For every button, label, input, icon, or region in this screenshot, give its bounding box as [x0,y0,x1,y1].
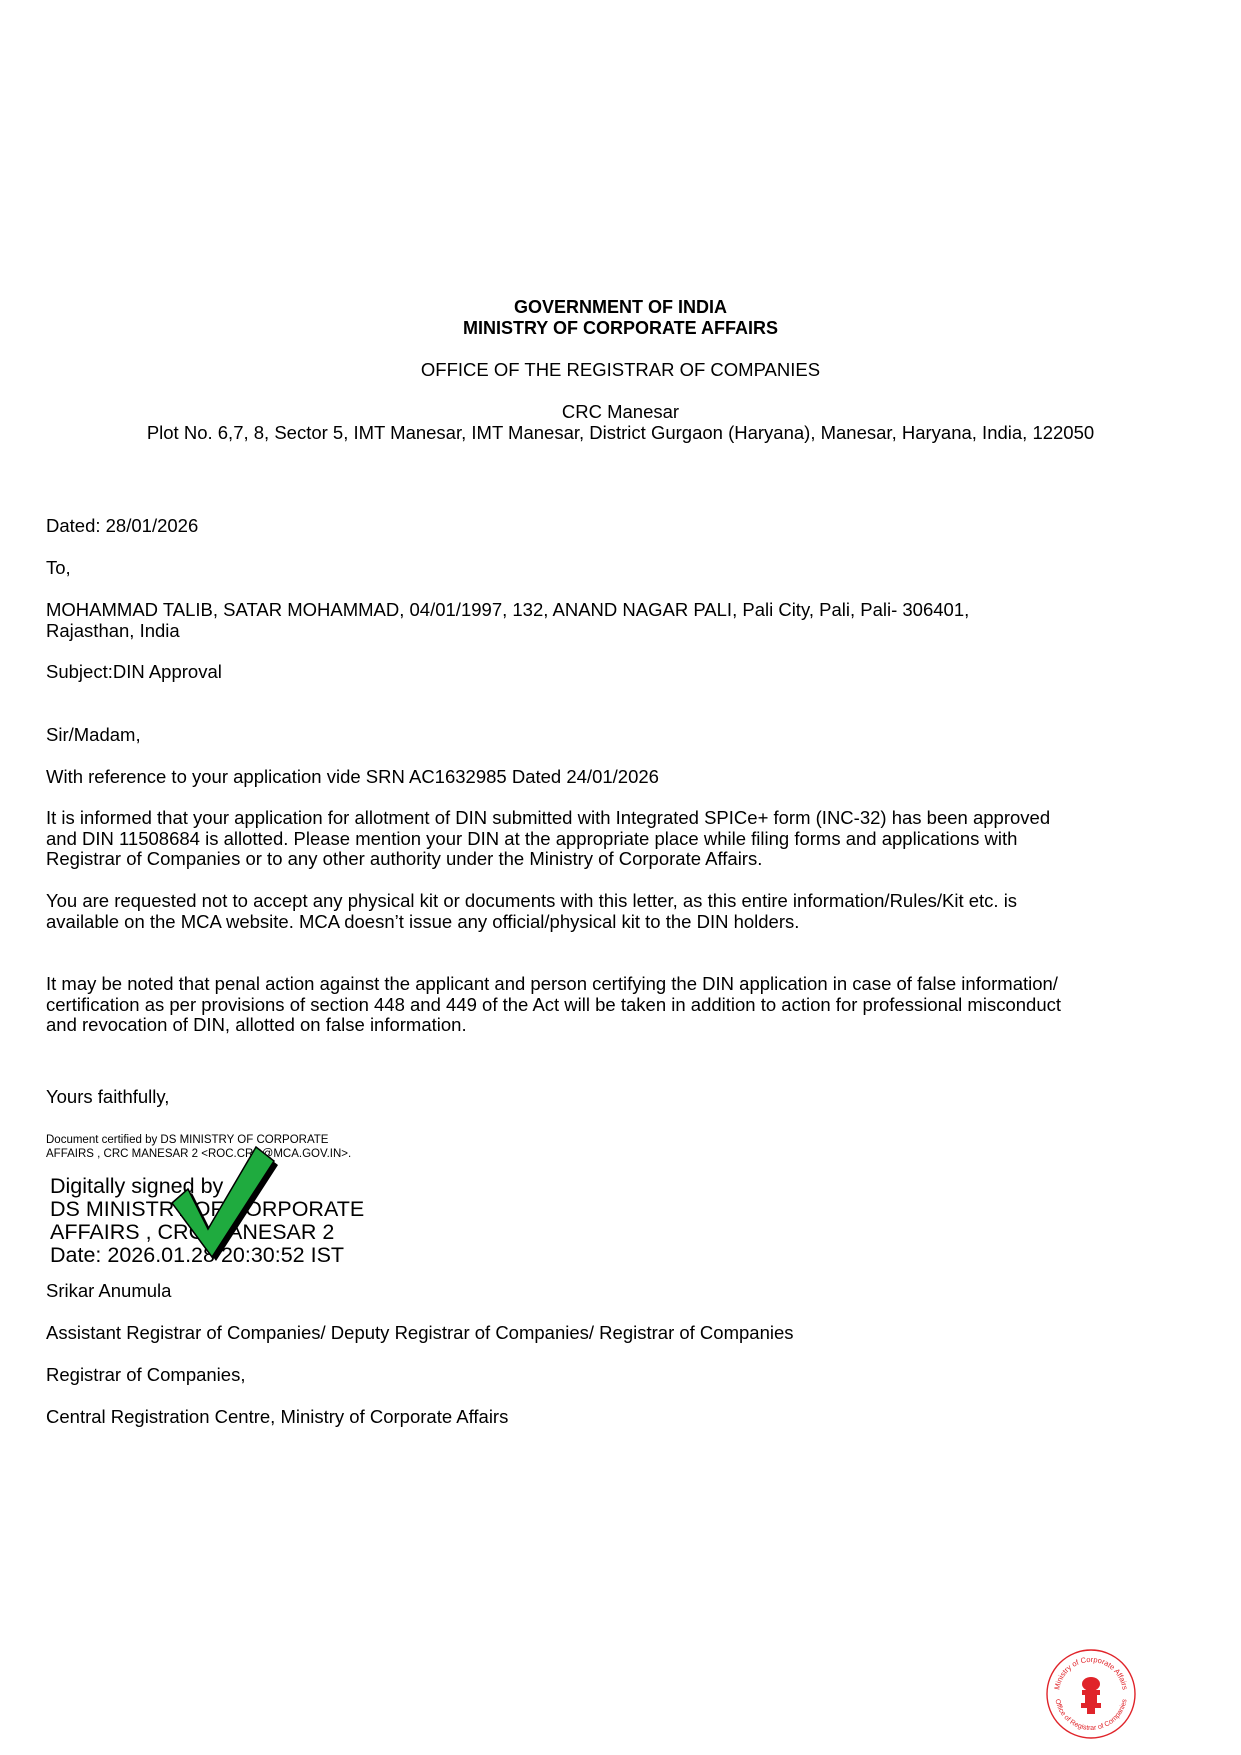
signatory-designation: Assistant Registrar of Companies/ Deputy… [46,1323,794,1344]
header-centre: CRC Manesar [0,402,1241,423]
paragraph-line: It is informed that your application for… [46,808,1206,829]
paragraph-line: Registrar of Companies or to any other a… [46,849,1206,870]
header-address: Plot No. 6,7, 8, Sector 5, IMT Manesar, … [0,423,1241,444]
green-checkmark-icon [168,1145,278,1263]
dated: Dated: 28/01/2026 [46,516,198,537]
reference: With reference to your application vide … [46,767,659,788]
paragraph-approval: It is informed that your application for… [46,808,1206,870]
paragraph-line: available on the MCA website. MCA doesn’… [46,912,1206,933]
recipient-line: MOHAMMAD TALIB, SATAR MOHAMMAD, 04/01/19… [46,600,1206,621]
signatory-organisation: Central Registration Centre, Ministry of… [46,1407,508,1428]
paragraph-line: and revocation of DIN, allotted on false… [46,1015,1206,1036]
paragraph-line: It may be noted that penal action agains… [46,974,1206,995]
subject: Subject:DIN Approval [46,662,222,683]
closing: Yours faithfully, [46,1087,169,1108]
paragraph-line: and DIN 11508684 is allotted. Please men… [46,829,1206,850]
to-label: To, [46,558,71,579]
salutation: Sir/Madam, [46,725,141,746]
header-office: OFFICE OF THE REGISTRAR OF COMPANIES [0,360,1241,381]
recipient-line: Rajasthan, India [46,621,1206,642]
paragraph-line: You are requested not to accept any phys… [46,891,1206,912]
ministry-seal-icon: Ministry of Corporate Affairs Office of … [1045,1648,1137,1740]
signatory-office: Registrar of Companies, [46,1365,245,1386]
paragraph-penal-notice: It may be noted that penal action agains… [46,974,1206,1036]
paragraph-line: certification as per provisions of secti… [46,995,1206,1016]
recipient-address: MOHAMMAD TALIB, SATAR MOHAMMAD, 04/01/19… [46,600,1206,641]
paragraph-kit-notice: You are requested not to accept any phys… [46,891,1206,932]
header-government: GOVERNMENT OF INDIA [0,297,1241,318]
header-ministry: MINISTRY OF CORPORATE AFFAIRS [0,318,1241,339]
signatory-name: Srikar Anumula [46,1281,171,1302]
